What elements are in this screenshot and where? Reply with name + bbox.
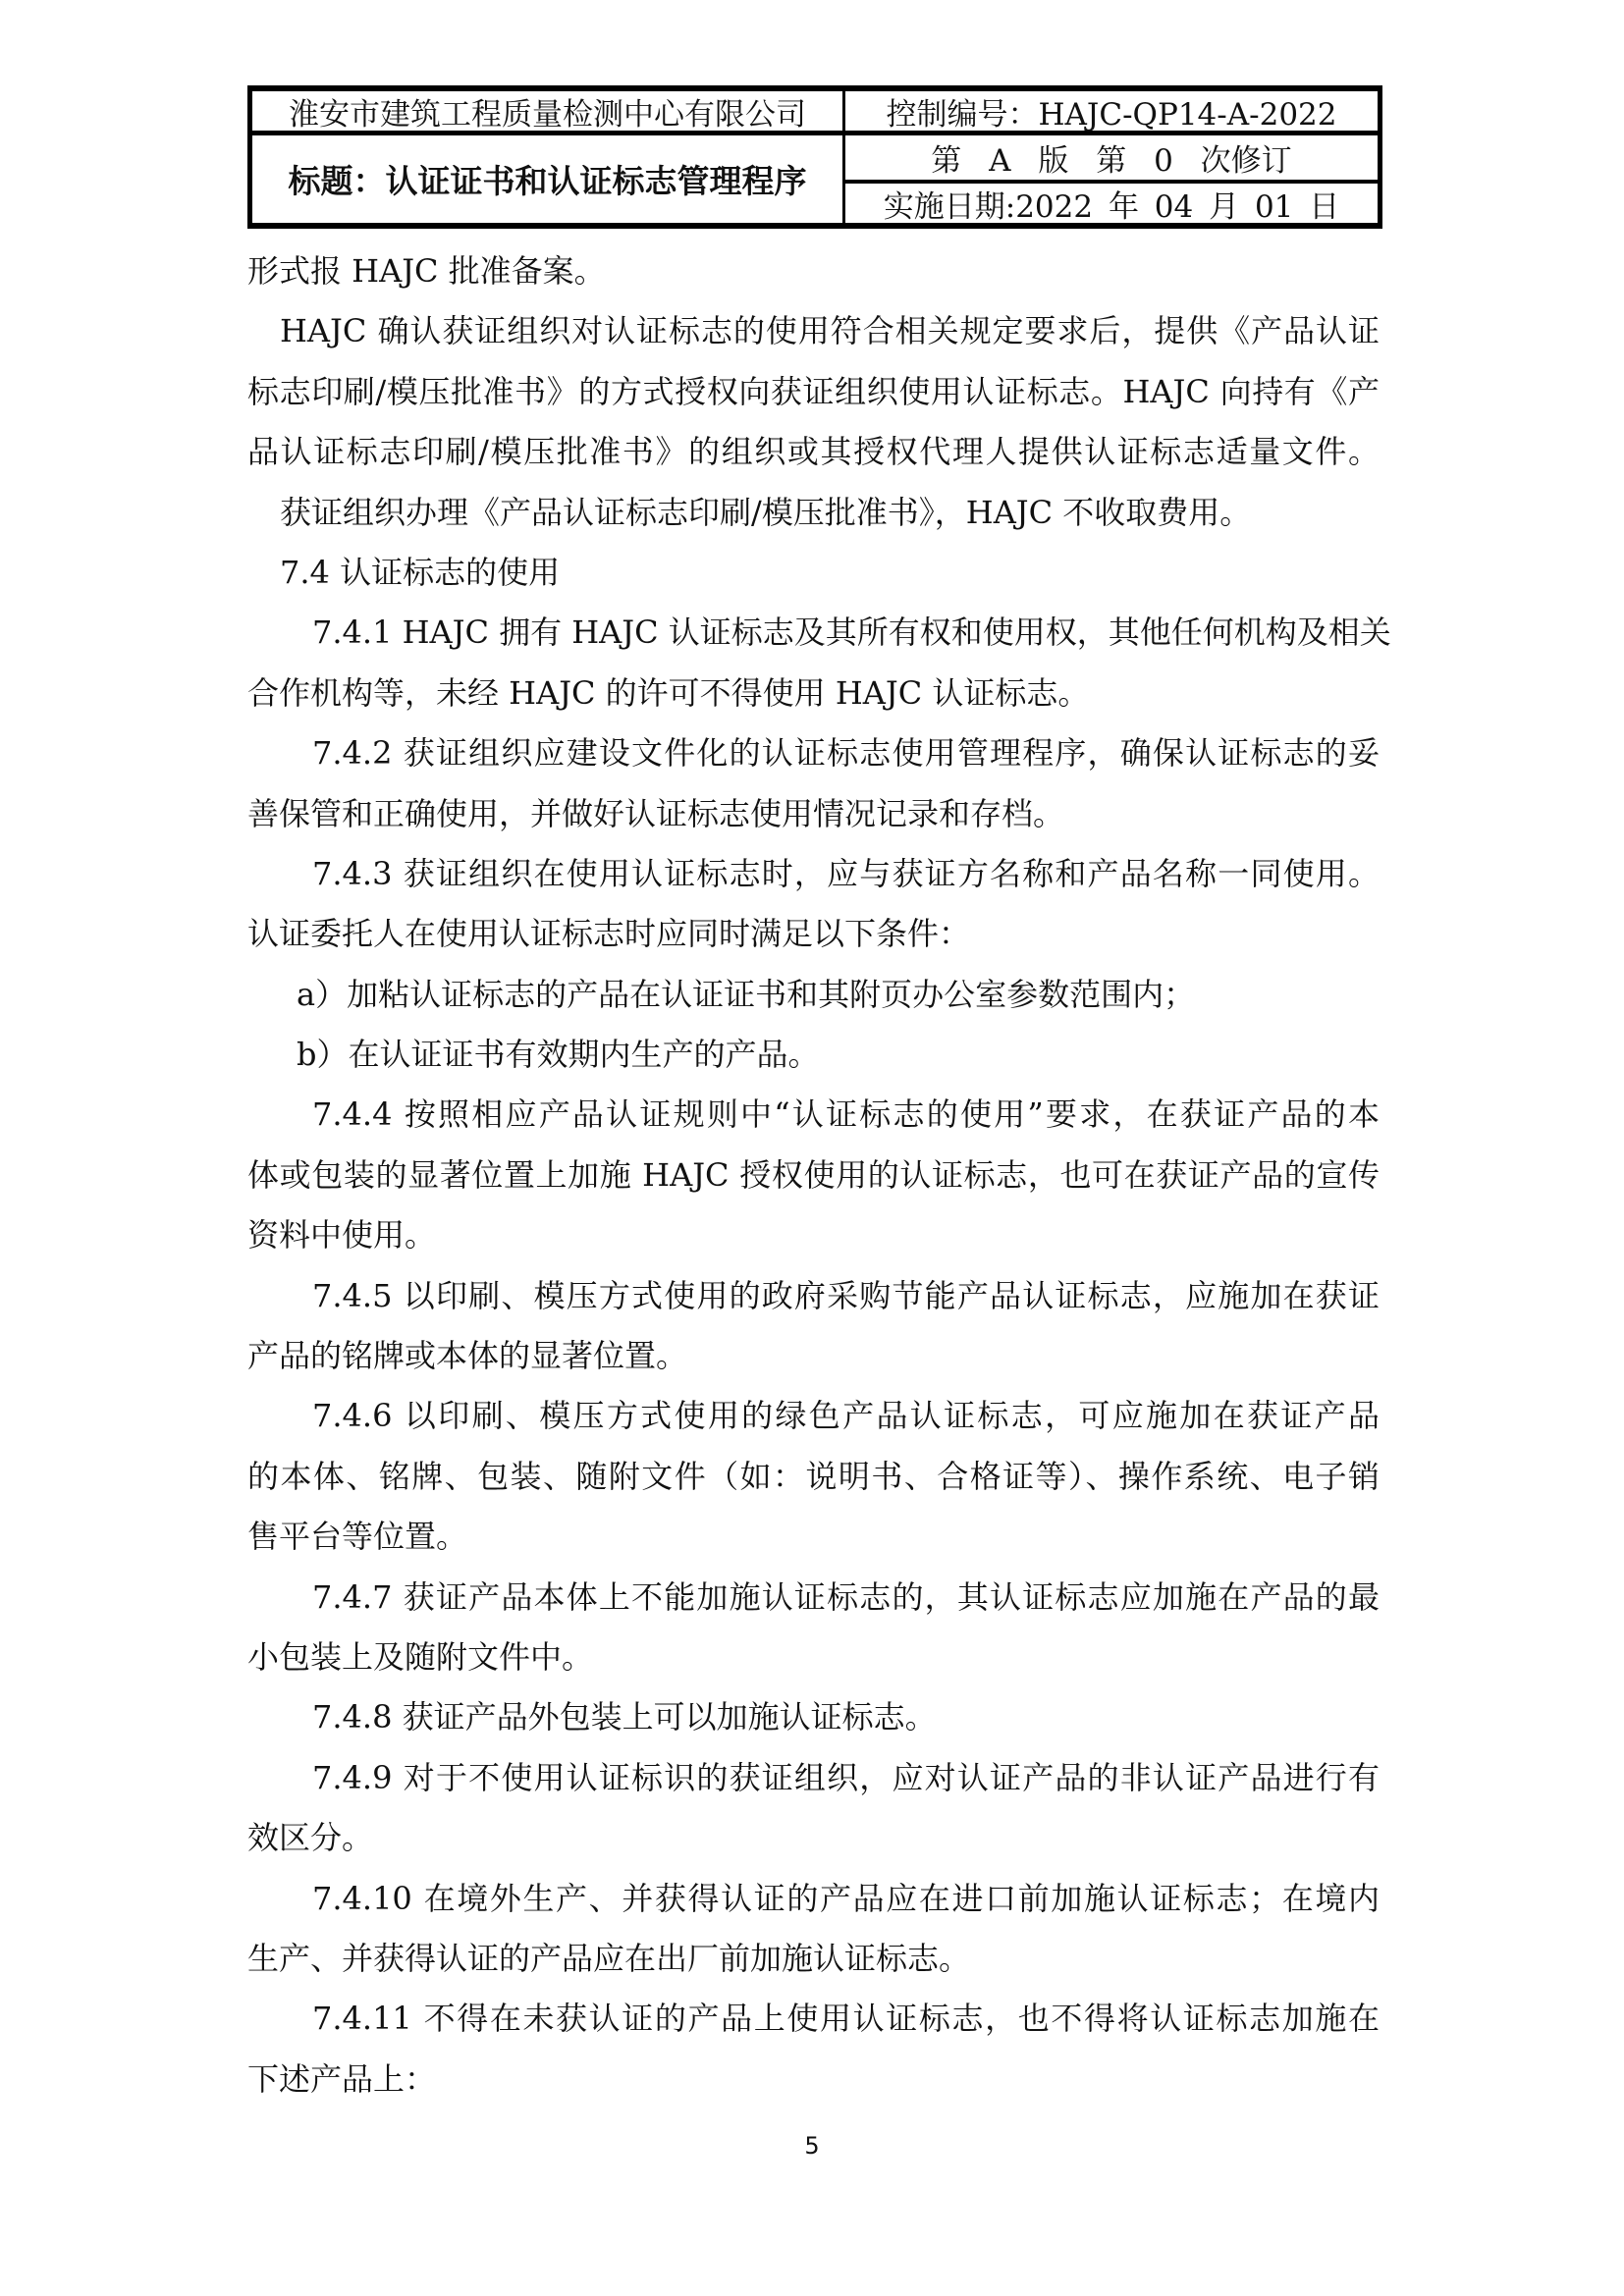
body-line: 体或包装的显著位置上加施 HAJC 授权使用的认证标志，也可在获证产品的宣传 xyxy=(247,1146,1380,1205)
body-line: 7.4.7 获证产品本体上不能加施认证标志的，其认证标志应加施在产品的最 xyxy=(247,1568,1380,1628)
body-line: 7.4.5 以印刷、模压方式使用的政府采购节能产品认证标志，应施加在获证 xyxy=(247,1266,1380,1326)
body-line: 产品的铭牌或本体的显著位置。 xyxy=(247,1326,1380,1386)
list-item: b）在认证证书有效期内生产的产品。 xyxy=(247,1025,1380,1085)
body-line: 小包装上及随附文件中。 xyxy=(247,1628,1380,1687)
list-item: a）加粘认证标志的产品在认证证书和其附页办公室参数范围内； xyxy=(247,965,1380,1025)
body-line: 7.4.3 获证组织在使用认证标志时，应与获证方名称和产品名称一同使用。 xyxy=(247,844,1380,904)
body-line: 7.4.9 对于不使用认证标识的获证组织，应对认证产品的非认证产品进行有 xyxy=(247,1748,1380,1808)
body-line: 下述产品上： xyxy=(247,2050,1380,2109)
body-line: 7.4.2 获证组织应建设文件化的认证标志使用管理程序，确保认证标志的妥 xyxy=(247,723,1380,783)
company-name: 淮安市建筑工程质量检测中心有限公司 xyxy=(252,91,842,131)
body-line: 合作机构等，未经 HAJC 的许可不得使用 HAJC 认证标志。 xyxy=(247,664,1380,723)
body-line: 资料中使用。 xyxy=(247,1205,1380,1265)
body-line: 7.4.8 获证产品外包装上可以加施认证标志。 xyxy=(247,1687,1380,1747)
body-line: 售平台等位置。 xyxy=(247,1507,1380,1567)
body-line: 7.4.1 HAJC 拥有 HAJC 认证标志及其所有权和使用权，其他任何机构及… xyxy=(247,603,1380,663)
body-line: 7.4.10 在境外生产、并获得认证的产品应在进口前加施认证标志；在境内 xyxy=(247,1869,1380,1929)
body-line: 认证委托人在使用认证标志时应同时满足以下条件： xyxy=(247,904,1380,964)
body-line: 品认证标志印刷/模压批准书》的组织或其授权代理人提供认证标志适量文件。 xyxy=(247,422,1380,482)
revision-info: 第 A 版 第 0 次修订 xyxy=(845,135,1378,180)
document-body: 形式报 HAJC 批准备案。 HAJC 确认获证组织对认证标志的使用符合相关规定… xyxy=(247,241,1380,2109)
body-line: 7.4.4 按照相应产品认证规则中“认证标志的使用”要求，在获证产品的本 xyxy=(247,1085,1380,1145)
body-line: 善保管和正确使用，并做好认证标志使用情况记录和存档。 xyxy=(247,784,1380,844)
page-number: 5 xyxy=(0,2132,1624,2160)
body-line: 的本体、铭牌、包装、随附文件（如：说明书、合格证等）、操作系统、电子销 xyxy=(247,1447,1380,1507)
body-line: HAJC 确认获证组织对认证标志的使用符合相关规定要求后，提供《产品认证 xyxy=(247,301,1380,361)
body-line: 7.4.11 不得在未获认证的产品上使用认证标志，也不得将认证标志加施在 xyxy=(247,1989,1380,2049)
document-header-table: 淮安市建筑工程质量检测中心有限公司 标题：认证证书和认证标志管理程序 控制编号：… xyxy=(247,85,1382,229)
document-title: 标题：认证证书和认证标志管理程序 xyxy=(252,135,842,223)
section-heading: 7.4 认证标志的使用 xyxy=(247,543,1380,603)
body-line: 效区分。 xyxy=(247,1808,1380,1868)
body-line: 7.4.6 以印刷、模压方式使用的绿色产品认证标志，可应施加在获证产品 xyxy=(247,1386,1380,1446)
control-number: 控制编号：HAJC-QP14-A-2022 xyxy=(845,91,1378,131)
body-line: 生产、并获得认证的产品应在出厂前加施认证标志。 xyxy=(247,1929,1380,1989)
body-line: 获证组织办理《产品认证标志印刷/模压批准书》，HAJC 不收取费用。 xyxy=(247,483,1380,543)
body-line: 形式报 HAJC 批准备案。 xyxy=(247,241,1380,301)
body-line: 标志印刷/模压批准书》的方式授权向获证组织使用认证标志。HAJC 向持有《产 xyxy=(247,362,1380,422)
effective-date: 实施日期:2022 年 04 月 01 日 xyxy=(845,184,1378,223)
